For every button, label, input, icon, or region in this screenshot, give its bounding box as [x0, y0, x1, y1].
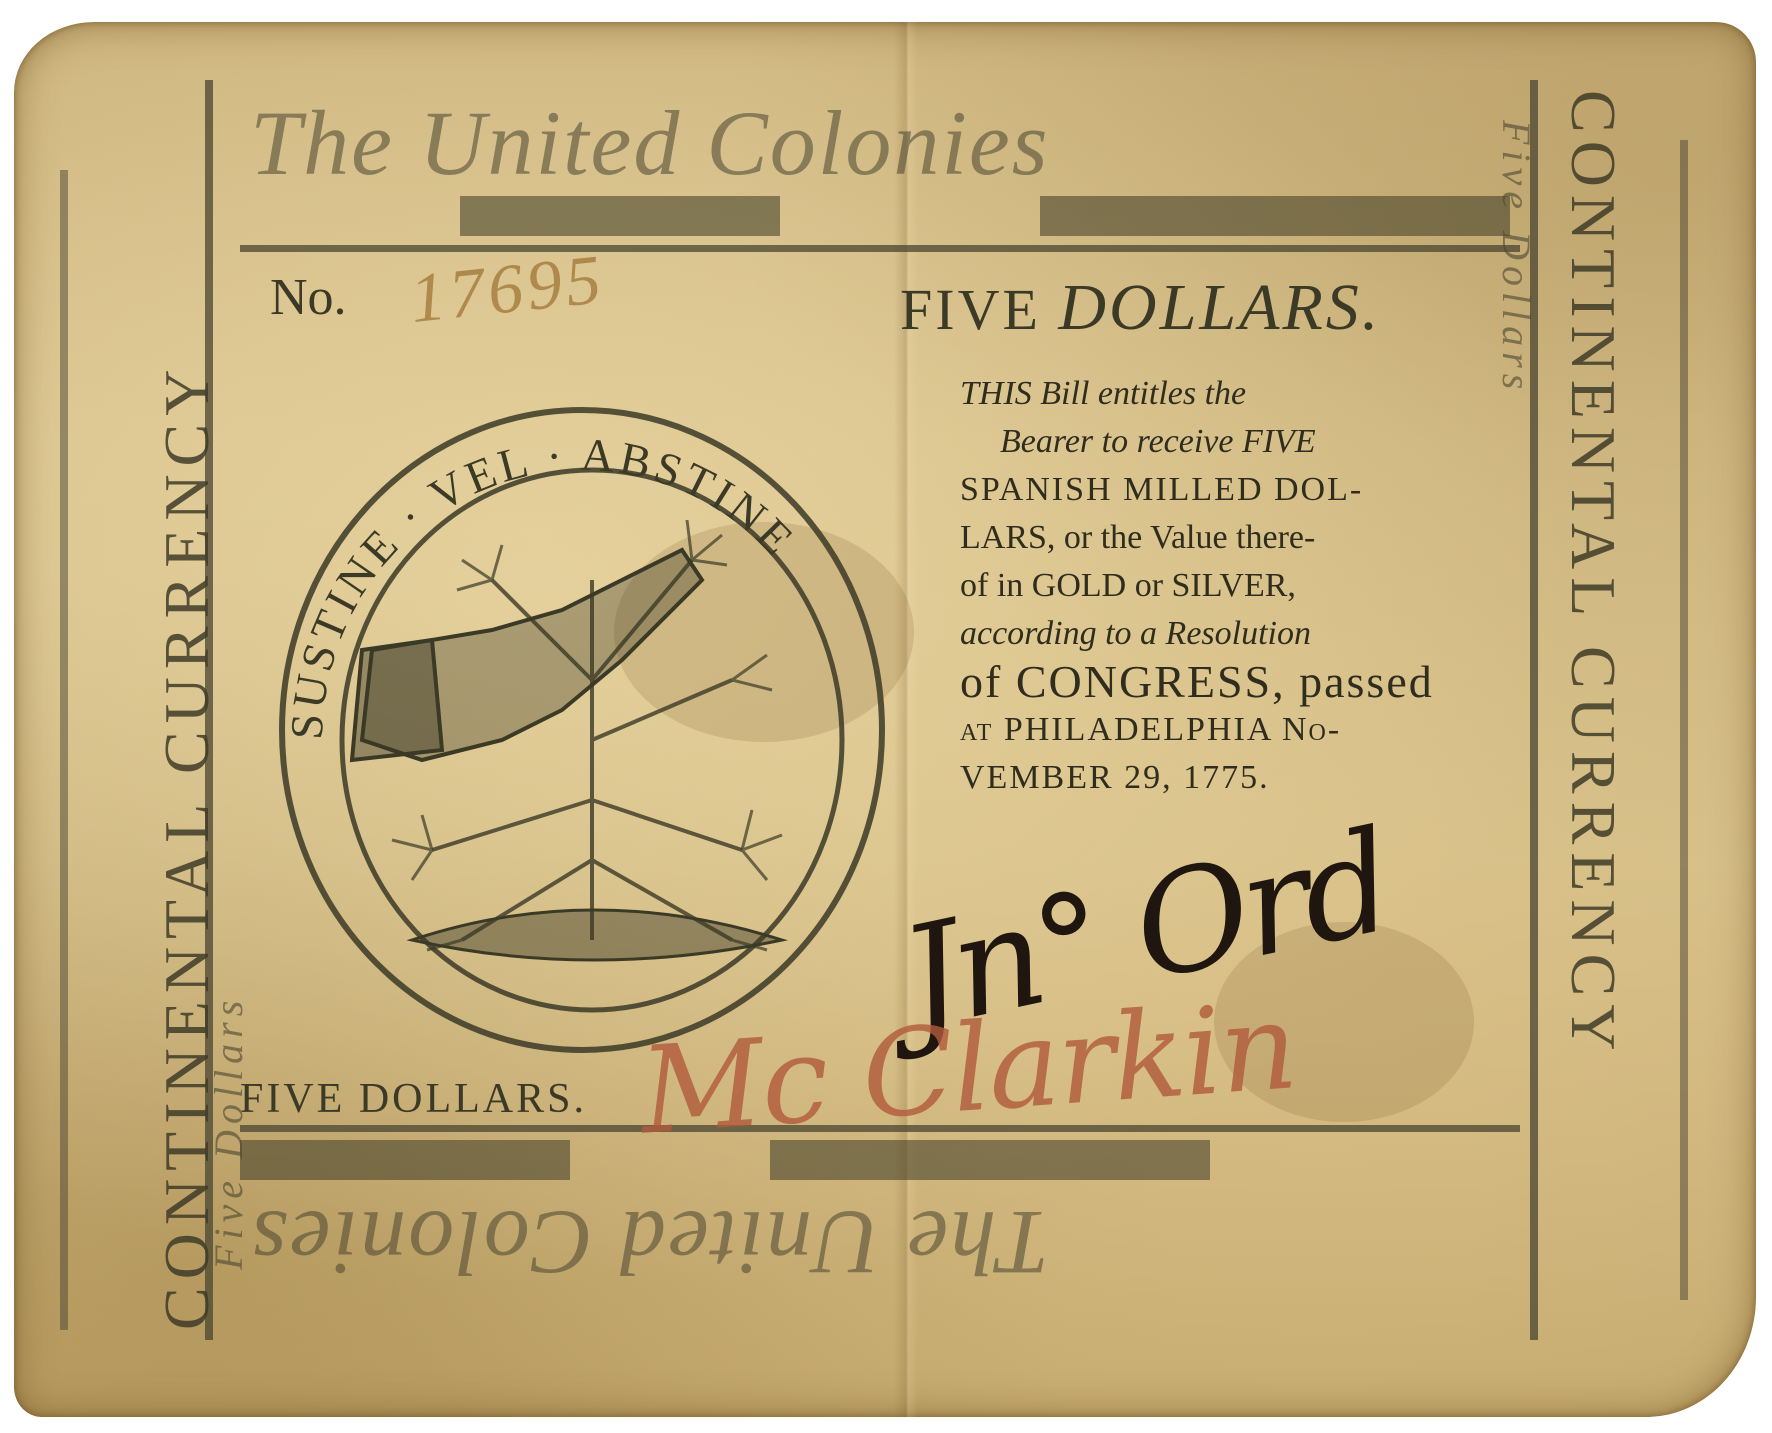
body-line: according to a Resolution	[960, 610, 1520, 658]
footer-denomination: FIVE DOLLARS.	[240, 1075, 587, 1123]
body-line: of CONGRESS, passed	[960, 658, 1520, 706]
banner-band	[1040, 196, 1510, 236]
right-border-text: CONTINENTAL CURRENCY	[1556, 90, 1630, 1058]
seal-emblem: SUSTINE · VEL · ABSTINE	[262, 380, 902, 1060]
denomination-word: DOLLARS.	[1058, 271, 1381, 344]
frame-line-top	[240, 245, 1520, 252]
denomination-header: FIVE DOLLARS.	[900, 270, 1381, 346]
body-line: VEMBER 29, 1775.	[960, 754, 1520, 802]
body-line: LARS, or the Value there-	[960, 514, 1520, 562]
frame-line-outer-right	[1680, 140, 1688, 1300]
body-line: Bearer to receive FIVE	[960, 418, 1520, 466]
body-line: THIS Bill entitles the	[960, 370, 1520, 418]
left-scroll-text: Five Dollars	[205, 995, 252, 1270]
denomination-prefix: FIVE	[900, 277, 1041, 342]
bottom-banner: The United Colonies	[250, 1190, 1050, 1296]
note-body-text: THIS Bill entitles the Bearer to receive…	[960, 370, 1520, 802]
hand-and-tree-icon: SUSTINE · VEL · ABSTINE	[262, 380, 902, 1060]
body-line: of in GOLD or SILVER,	[960, 562, 1520, 610]
right-scroll-text: Five Dollars	[1493, 120, 1540, 395]
banner-band	[240, 1140, 570, 1180]
body-line: SPANISH MILLED DOL-	[960, 466, 1520, 514]
body-line: at PHILADELPHIA No-	[960, 706, 1520, 754]
serial-label: No.	[270, 268, 347, 327]
top-banner: The United Colonies	[250, 90, 1050, 196]
banner-band	[460, 196, 780, 236]
frame-line-outer-left	[60, 170, 68, 1330]
